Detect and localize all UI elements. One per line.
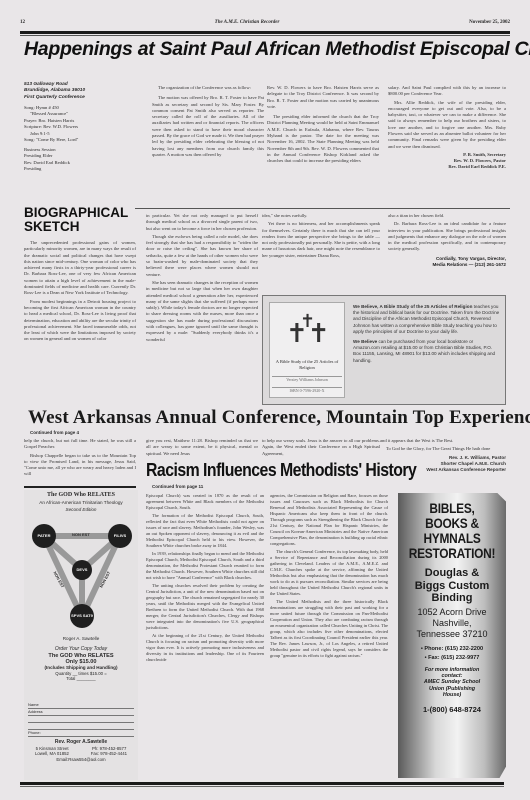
bio-col1: The unprecedented professional gains of … [24,240,136,345]
trinity-diagram: PATER FILIVS DEVS SPVS SAT9 NON EST NON … [30,522,134,632]
god-subtitle: An African-American Trinitarian Theology [24,500,138,505]
bio-signature: Cordially, Tony Vargas, Director,Media R… [388,256,506,268]
more-info: For more informationcontact:AMEC Sunday … [398,667,506,699]
page-number: 12 [20,20,25,30]
header-rule [20,31,510,34]
cross-icon: ✝ [300,311,315,332]
headline-biographical-sketch: BIOGRAPHICALSKETCH [24,206,128,234]
god-title: The GOD Who RELATES [24,492,138,498]
order-section: Order Your Copy Today The GOD Who RELATE… [24,646,138,681]
headline-west-arkansas: West Arkansas Annual Conference, Mountai… [28,407,530,429]
article1-signatures: P. B. Smith, SecretaryRev. W. D. Flowers… [388,152,506,170]
address-field[interactable]: Address [28,709,134,716]
bibles-restoration-ad: BIBLES,BOOKS &HYMNALSRESTORATION! Dougla… [398,493,506,778]
section-divider [135,208,510,209]
bio-col3: idea," she notes ruefully.Yet there is n… [262,213,380,261]
bio-col2: in particular. Yet she not only managed … [146,213,258,345]
god-who-relates-ad: The GOD Who RELATES An African-American … [24,490,138,780]
order-form: Name Address Phone: [28,702,134,737]
article1-col4: salary. And Saint Paul complied with thi… [388,85,506,170]
article1-col2: The organization of the Conference was a… [152,85,264,160]
spiritus-node: SPVS SAT9 [70,604,94,628]
pater-node: PATER [32,524,56,548]
headline-happenings: Happenings at Saint Paul African Methodi… [24,38,530,61]
name-field[interactable]: Name [28,702,134,709]
west-col1: help the church, but not full time. He s… [24,438,136,480]
west-col3: to help our weary souls. Jesus is the an… [262,438,380,459]
bio-col4: also a titan in her chosen field.Dr. Bar… [388,213,506,268]
we-believe-text: We Believe, A Bible Study of the 25 Arti… [353,304,501,364]
company-phones: • Phone: (615) 232-2200• Fax: (615) 232-… [398,645,506,663]
company-name: Douglas &Biggs CustomBinding [398,567,506,605]
issue-date: November 25, 2002 [469,20,510,30]
footer-rule-thin [20,786,504,787]
program-list: Song: Hymn # 450 "Blessed Assurance" Pra… [24,105,139,173]
book-isbn: ISBN 0-7596-2920-X [272,387,342,393]
we-believe-ad: ✝✝ ✝ A Bible Study of the 25 Articles of… [262,295,506,405]
filius-node: FILIVS [108,524,132,548]
racism-col1: Episcopal Church) was created in 1870 as… [146,493,264,665]
continued-from-page-4: Continued from page 4 [30,430,79,435]
deus-node: DEVS [72,560,92,580]
toll-free-number: 1-(800) 648-8724 [398,705,506,714]
god-edition: Second Edition [24,507,138,512]
conference-program: 513 Galloway RoadBrundidge, Alabama 3601… [24,82,139,173]
contact-info: Rev. Roger A.Sawtelle 5 Kinsman StreetPh… [24,740,138,762]
phone-field[interactable]: Phone: [28,730,134,737]
church-address: 513 Galloway RoadBrundidge, Alabama 3601… [24,82,139,101]
company-address: 1052 Acorn DriveNashville,Tennessee 3721… [398,607,506,640]
book-author: Versiey Williams Johnson [272,376,342,382]
god-author: Roger A. Sawtelle [24,636,138,641]
non-est-top: NON EST [72,532,90,537]
address-field-3[interactable] [28,723,134,730]
header-rule-thin [20,35,510,36]
book-title: A Bible Study of the 25 Articles of Reli… [272,359,342,370]
continued-from-page-11: Continued from page 11 [152,484,203,489]
god-ad-rule [24,486,136,488]
footer-rule [20,782,504,785]
page-header: 12 The A.M.E. Christian Recorder Novembe… [20,20,510,30]
address-field-2[interactable] [28,716,134,723]
headline-racism: Racism Influences Methodists' History [146,460,416,481]
article1-col3: Rev. W. D. Flowers to have Bro. Haisten … [267,85,379,167]
bibles-headline: BIBLES,BOOKS &HYMNALSRESTORATION! [406,501,498,561]
publication-name: The A.M.E. Christian Recorder [215,20,280,30]
west-col2: give you rest, Matthew 11:28. Bishop rem… [146,438,258,459]
racism-col2: agencies, the Commission on Religion and… [270,493,388,661]
book-cover: ✝✝ ✝ A Bible Study of the 25 Articles of… [269,302,345,398]
